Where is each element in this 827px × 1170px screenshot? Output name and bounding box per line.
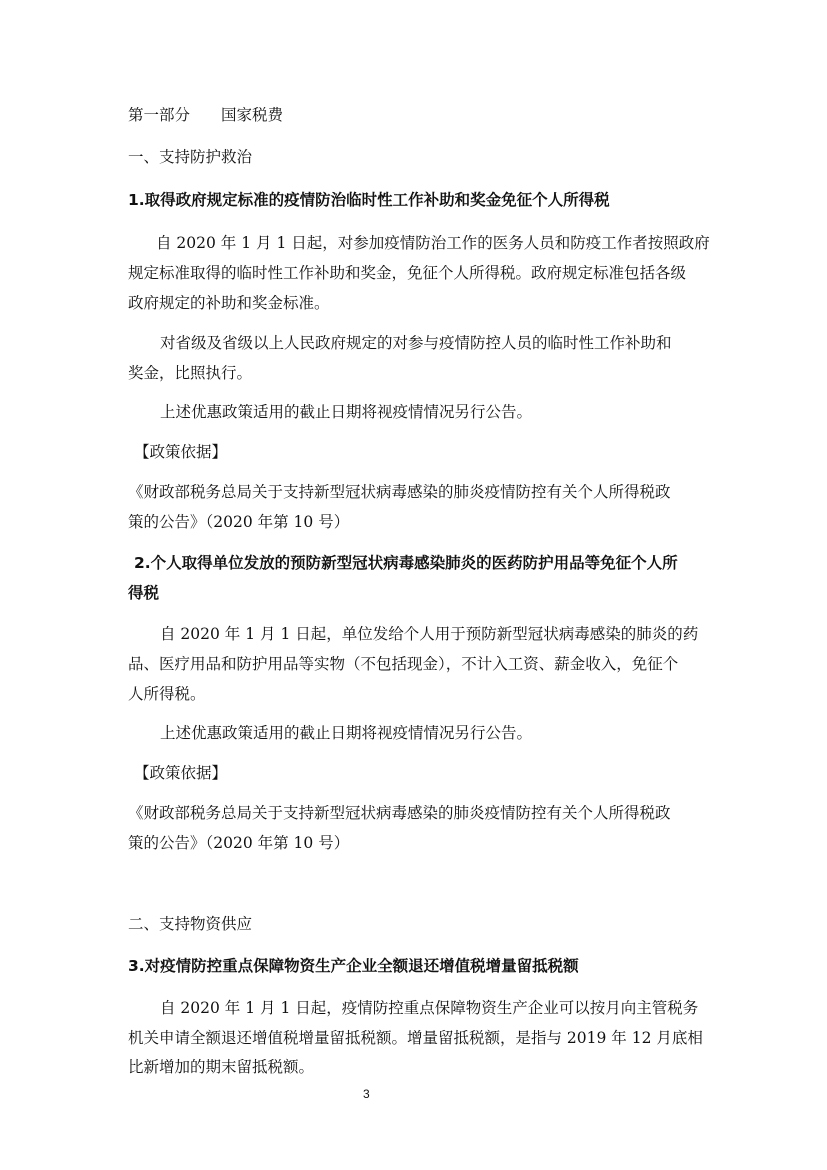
paragraph-line: 自 2020 年 1 月 1 日起，疫情防控重点保障物资生产企业可以按月向主管税… — [160, 998, 698, 1018]
paragraph-line: 人所得税。 — [128, 684, 206, 704]
policy-basis-text: 策的公告》（2020 年第 10 号） — [128, 833, 349, 853]
paragraph-line: 政府规定的补助和奖金标准。 — [128, 293, 330, 313]
paragraph-line: 自 2020 年 1 月 1 日起，对参加疫情防治工作的医务人员和防疫工作者按照… — [156, 233, 710, 253]
paragraph-line: 规定标准取得的临时性工作补助和奖金，免征个人所得税。政府规定标准包括各级 — [128, 263, 686, 283]
paragraph-line: 机关申请全额退还增值税增量留抵税额。增量留抵税额，是指与 2019 年 12 月… — [128, 1028, 703, 1048]
item-title-2: 2.个人取得单位发放的预防新型冠状病毒感染肺炎的医药防护用品等免征个人所 — [134, 553, 678, 573]
item-title-1: 1.取得政府规定标准的疫情防治临时性工作补助和奖金免征个人所得税 — [128, 190, 610, 210]
paragraph-line: 上述优惠政策适用的截止日期将视疫情情况另行公告。 — [160, 402, 532, 422]
section-heading-1: 一、支持防护救治 — [128, 147, 252, 167]
policy-basis-text: 《财政部税务总局关于支持新型冠状病毒感染的肺炎疫情防控有关个人所得税政 — [128, 803, 671, 823]
paragraph-line: 奖金，比照执行。 — [128, 363, 252, 383]
section-heading-2: 二、支持物资供应 — [128, 914, 252, 934]
paragraph-line: 品、医疗用品和防护用品等实物（不包括现金），不计入工资、薪金收入，免征个 — [128, 654, 678, 674]
paragraph-line: 自 2020 年 1 月 1 日起，单位发给个人用于预防新型冠状病毒感染的肺炎的… — [160, 624, 698, 644]
policy-basis-label: 【政策依据】 — [134, 442, 227, 462]
policy-basis-label: 【政策依据】 — [134, 763, 227, 783]
policy-basis-text: 《财政部税务总局关于支持新型冠状病毒感染的肺炎疫情防控有关个人所得税政 — [128, 482, 671, 502]
item-title-2-cont: 得税 — [128, 583, 159, 603]
paragraph-line: 对省级及省级以上人民政府规定的对参与疫情防控人员的临时性工作补助和 — [160, 333, 672, 353]
paragraph-line: 比新增加的期末留抵税额。 — [128, 1057, 314, 1077]
page-number: 3 — [363, 1087, 370, 1101]
paragraph-line: 上述优惠政策适用的截止日期将视疫情情况另行公告。 — [160, 723, 532, 743]
policy-basis-text: 策的公告》（2020 年第 10 号） — [128, 512, 349, 532]
part-title: 第一部分 国家税费 — [128, 105, 283, 125]
item-title-3: 3.对疫情防控重点保障物资生产企业全额退还增值税增量留抵税额 — [128, 956, 579, 976]
